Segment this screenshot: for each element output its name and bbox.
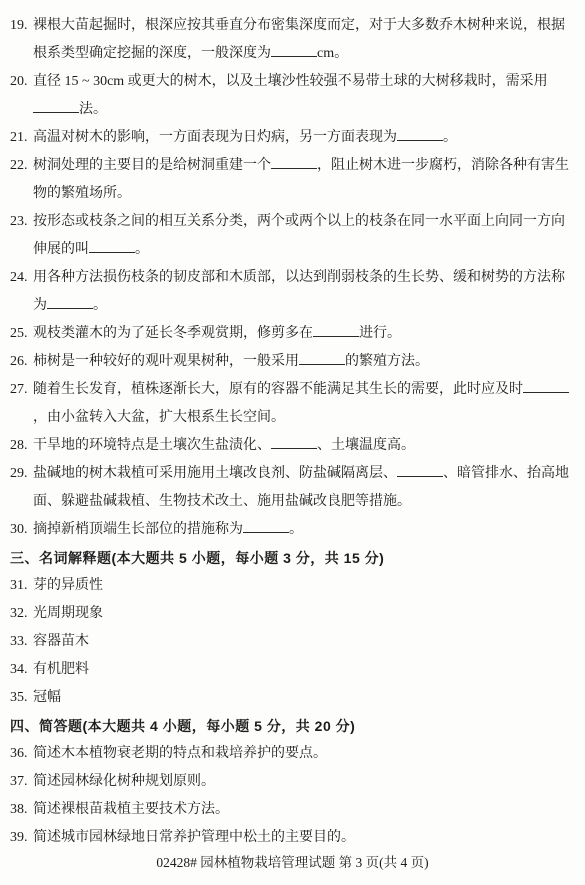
question-number: 37.: [10, 768, 33, 796]
question-text: 芽的异质性: [33, 578, 103, 593]
section-heading: 四、简答题(本大题共 4 小题，每小题 5 分，共 20 分): [10, 712, 572, 740]
question-number: 28.: [10, 432, 33, 460]
question-number: 22.: [10, 152, 33, 180]
section-heading: 三、名词解释题(本大题共 5 小题，每小题 3 分，共 15 分): [10, 544, 572, 572]
question-item: 33.容器苗木: [10, 628, 572, 656]
question-item: 26.柿树是一种较好的观叶观果树种，一般采用的繁殖方法。: [10, 348, 572, 376]
answer-blank: [33, 97, 79, 113]
question-text: 高温对树木的影响，一方面表现为日灼病，另一方面表现为。: [33, 130, 457, 145]
question-item: 36.简述木本植物衰老期的特点和栽培养护的要点。: [10, 740, 572, 768]
answer-blank: [299, 349, 345, 365]
answer-blank: [47, 293, 93, 309]
question-item: 27.随着生长发育，植株逐渐长大，原有的容器不能满足其生长的需要，此时应及时，由…: [10, 376, 572, 432]
question-number: 24.: [10, 264, 33, 292]
question-text: 有机肥料: [33, 662, 89, 677]
question-item: 30.摘掉新梢顶端生长部位的措施称为。: [10, 516, 572, 544]
question-text: 盐碱地的树木栽植可采用施用土壤改良剂、防盐碱隔离层、、暗管排水、抬高地面、躲避盐…: [33, 466, 569, 509]
question-item: 34.有机肥料: [10, 656, 572, 684]
question-text: 随着生长发育，植株逐渐长大，原有的容器不能满足其生长的需要，此时应及时，由小盆转…: [33, 382, 569, 425]
question-item: 23.按形态或枝条之间的相互关系分类，两个或两个以上的枝条在同一水平面上向同一方…: [10, 208, 572, 264]
question-item: 19.裸根大苗起掘时，根深应按其垂直分布密集深度而定，对于大多数乔木树种来说，根…: [10, 12, 572, 68]
question-text: 简述园林绿化树种规划原则。: [33, 774, 215, 789]
question-text: 冠幅: [33, 690, 61, 705]
answer-blank: [313, 321, 359, 337]
question-text: 简述城市园林绿地日常养护管理中松土的主要目的。: [33, 830, 355, 845]
question-number: 20.: [10, 68, 33, 96]
answer-blank: [271, 41, 317, 57]
question-text: 裸根大苗起掘时，根深应按其垂直分布密集深度而定，对于大多数乔木树种来说，根据根系…: [33, 18, 565, 61]
question-number: 30.: [10, 516, 33, 544]
question-number: 38.: [10, 796, 33, 824]
question-text: 容器苗木: [33, 634, 89, 649]
question-number: 39.: [10, 824, 33, 852]
question-item: 22.树洞处理的主要目的是给树洞重建一个，阻止树木进一步腐朽，消除各种有害生物的…: [10, 152, 572, 208]
question-number: 29.: [10, 460, 33, 488]
question-number: 31.: [10, 572, 33, 600]
answer-blank: [523, 377, 569, 393]
answer-blank: [397, 125, 443, 141]
question-item: 38.简述裸根苗栽植主要技术方法。: [10, 796, 572, 824]
question-number: 33.: [10, 628, 33, 656]
question-number: 34.: [10, 656, 33, 684]
question-number: 25.: [10, 320, 33, 348]
question-number: 27.: [10, 376, 33, 404]
question-item: 35.冠幅: [10, 684, 572, 712]
answer-blank: [397, 461, 443, 477]
question-number: 36.: [10, 740, 33, 768]
question-item: 20.直径 15 ~ 30cm 或更大的树木，以及土壤沙性较强不易带土球的大树移…: [10, 68, 572, 124]
question-number: 35.: [10, 684, 33, 712]
question-number: 26.: [10, 348, 33, 376]
question-text: 干旱地的环境特点是土壤次生盐渍化、、土壤温度高。: [33, 438, 415, 453]
question-item: 21.高温对树木的影响，一方面表现为日灼病，另一方面表现为。: [10, 124, 572, 152]
question-number: 21.: [10, 124, 33, 152]
question-item: 39.简述城市园林绿地日常养护管理中松土的主要目的。: [10, 824, 572, 852]
question-text: 按形态或枝条之间的相互关系分类，两个或两个以上的枝条在同一水平面上向同一方向伸展…: [33, 214, 565, 257]
question-text: 光周期现象: [33, 606, 103, 621]
question-number: 19.: [10, 12, 33, 40]
question-text: 观枝类灌木的为了延长冬季观赏期，修剪多在进行。: [33, 326, 401, 341]
question-item: 25.观枝类灌木的为了延长冬季观赏期，修剪多在进行。: [10, 320, 572, 348]
question-text: 直径 15 ~ 30cm 或更大的树木，以及土壤沙性较强不易带土球的大树移栽时，…: [33, 74, 548, 117]
question-text: 树洞处理的主要目的是给树洞重建一个，阻止树木进一步腐朽，消除各种有害生物的繁殖场…: [33, 158, 569, 201]
question-text: 简述裸根苗栽植主要技术方法。: [33, 802, 229, 817]
answer-blank: [271, 153, 317, 169]
question-text: 用各种方法损伤枝条的韧皮部和木质部，以达到削弱枝条的生长势、缓和树势的方法称为。: [33, 270, 565, 313]
question-item: 32.光周期现象: [10, 600, 572, 628]
question-text: 摘掉新梢顶端生长部位的措施称为。: [33, 522, 303, 537]
question-text: 简述木本植物衰老期的特点和栽培养护的要点。: [33, 746, 327, 761]
answer-blank: [271, 433, 317, 449]
question-list: 19.裸根大苗起掘时，根深应按其垂直分布密集深度而定，对于大多数乔木树种来说，根…: [10, 12, 572, 852]
question-item: 29.盐碱地的树木栽植可采用施用土壤改良剂、防盐碱隔离层、、暗管排水、抬高地面、…: [10, 460, 572, 516]
question-item: 28.干旱地的环境特点是土壤次生盐渍化、、土壤温度高。: [10, 432, 572, 460]
question-number: 32.: [10, 600, 33, 628]
answer-blank: [89, 237, 135, 253]
question-item: 31.芽的异质性: [10, 572, 572, 600]
answer-blank: [243, 517, 289, 533]
question-number: 23.: [10, 208, 33, 236]
question-item: 24.用各种方法损伤枝条的韧皮部和木质部，以达到削弱枝条的生长势、缓和树势的方法…: [10, 264, 572, 320]
question-text: 柿树是一种较好的观叶观果树种，一般采用的繁殖方法。: [33, 354, 429, 369]
exam-page: 19.裸根大苗起掘时，根深应按其垂直分布密集深度而定，对于大多数乔木树种来说，根…: [0, 0, 585, 852]
page-footer: 02428# 园林植物栽培管理试题 第 3 页(共 4 页): [0, 849, 585, 877]
question-item: 37.简述园林绿化树种规划原则。: [10, 768, 572, 796]
